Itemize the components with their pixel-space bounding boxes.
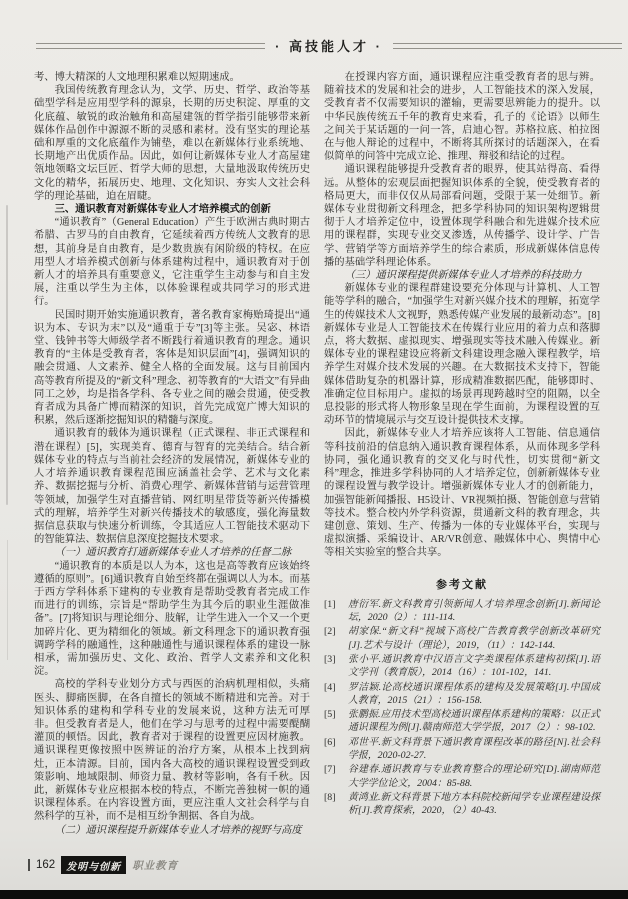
reference-text: 唐衍军.新文科教育引领新闻人才培养理念创新[J].新闻论坛，2020（2）：11… [348, 598, 600, 625]
scan-edge-artifact [7, 540, 8, 660]
page-footer: 162 发明与创新 职业教育 [28, 856, 178, 874]
reference-item: [8] 黄鸿业.新文科背景下地方本科院校新闻学专业课程建设探析[J].教育探索，… [324, 791, 600, 818]
reference-text: 张鹏振.应用技术型高校通识课程体系建构的策略：以正式通识课程为例[J].赣南师范… [348, 708, 600, 735]
body-paragraph: 高校的学科专业划分方式与西医的治病机理相似，头痛医头、脚痛医脚，在各自擅长的领域… [34, 678, 310, 823]
reference-item: [4] 罗洁颖.论高校通识课程体系的建构及发展策略[J].中国成人教育，2015… [324, 681, 600, 708]
journal-edition-label: 职业教育 [132, 858, 178, 873]
reference-item: [2] 胡家保.“新文科”视域下高校广告教育教学创新改革研究[J].艺术与设计（… [324, 625, 600, 652]
subsection-heading: （三）通识课程提供新媒体专业人才培养的科技助力 [324, 269, 600, 282]
header-rule-right [393, 43, 622, 49]
subsection-heading: （一）通识教育打通新媒体专业人才培养的任督二脉 [34, 546, 310, 559]
journal-page: · 高技能人才 · 考、博大精深的人文地理积累难以短期速成。 我国传统教育理念认… [0, 0, 628, 899]
reference-item: [3] 张小平.通识教育中汉语言文字类课程体系建构初探[J].语文学刊（教育版）… [324, 653, 600, 680]
scan-bottom-edge [0, 890, 628, 899]
page-header: · 高技能人才 · [36, 36, 622, 55]
reference-text: 胡家保.“新文科”视域下高校广告教育教学创新改革研究[J].艺术与设计（理论），… [348, 625, 600, 652]
body-paragraph: “通识教育”（General Education）产生于欧洲古典时期古希腊、古罗… [34, 216, 310, 308]
reference-item: [7] 谷建春.通识教育与专业教育整合的理论研究[D].湖南师范大学学位论文，2… [324, 763, 600, 790]
body-paragraph: 民国时期开始实施通识教育，著名教育家梅贻琦提出“通识为本、专识为末”以及“通重于… [34, 309, 310, 428]
references-heading: 参考文献 [324, 579, 600, 592]
subsection-heading: （二）通识课程提升新媒体专业人才培养的视野与高度 [34, 824, 310, 837]
reference-number: [8] [324, 791, 341, 818]
scan-edge-artifact [6, 205, 8, 505]
reference-text: 谷建春.通识教育与专业教育整合的理论研究[D].湖南师范大学学位论文，2004：… [348, 763, 600, 790]
body-paragraph: 新媒体专业的课程群建设要充分体现与计算机、人工智能等学科的融合，“加强学生对新兴… [324, 282, 600, 427]
header-rule-left [36, 43, 265, 49]
page-number-rule [28, 859, 30, 871]
body-paragraph: 考、博大精深的人文地理积累难以短期速成。 [34, 71, 310, 84]
body-paragraph: 在授课内容方面，通识课程应注重受教育者的思与辨。随着技术的发展和社会的进步，人工… [324, 71, 600, 163]
reference-item: [1] 唐衍军.新文科教育引领新闻人才培养理念创新[J].新闻论坛，2020（2… [324, 598, 600, 625]
left-column: 考、博大精深的人文地理积累难以短期速成。 我国传统教育理念认为，文学、历史、哲学… [34, 71, 310, 837]
page-number: 162 [36, 859, 55, 871]
reference-item: [6] 邓世平.新文科背景下通识教育课程改革的路径[N].社会科学报，2020-… [324, 736, 600, 763]
reference-number: [3] [324, 653, 341, 680]
section-title: · 高技能人才 · [275, 36, 383, 55]
body-paragraph: 通识教育的载体为通识课程（正式课程、非正式课程和潜在课程）[5]，实现美育、德育… [34, 427, 310, 546]
right-column: 在授课内容方面，通识课程应注重受教育者的思与辨。随着技术的发展和社会的进步，人工… [324, 71, 600, 837]
reference-text: 黄鸿业.新文科背景下地方本科院校新闻学专业课程建设探析[J].教育探索，2020… [348, 791, 600, 818]
body-paragraph: 通识课程能够提升受教育者的眼界，使其站得高、看得远。从整体的宏观层面把握知识体系… [324, 163, 600, 269]
body-paragraph: 因此，新媒体专业人才培养应该将人工智能、信息通信等科技前沿的信息纳入通识教育课程… [324, 427, 600, 559]
reference-number: [2] [324, 625, 341, 652]
journal-logo: 发明与创新 [61, 856, 126, 874]
body-paragraph: “通识教育的本质是以人为本，这也是高等教育应该始终遵循的原则”。[6]通识教育自… [34, 560, 310, 679]
body-paragraph: 我国传统教育理念认为，文学、历史、哲学、政治等基础型学科是应用型学科的源泉，长期… [34, 84, 310, 203]
reference-text: 张小平.通识教育中汉语言文字类课程体系建构初探[J].语文学刊（教育版），201… [348, 653, 600, 680]
reference-text: 邓世平.新文科背景下通识教育课程改革的路径[N].社会科学报，2020-02-2… [348, 736, 600, 763]
reference-text: 罗洁颖.论高校通识课程体系的建构及发展策略[J].中国成人教育，2015（21）… [348, 681, 600, 708]
reference-item: [5] 张鹏振.应用技术型高校通识课程体系建构的策略：以正式通识课程为例[J].… [324, 708, 600, 735]
reference-number: [4] [324, 681, 341, 708]
reference-number: [1] [324, 598, 341, 625]
reference-number: [5] [324, 708, 341, 735]
reference-number: [6] [324, 736, 341, 763]
article-body: 考、博大精深的人文地理积累难以短期速成。 我国传统教育理念认为，文学、历史、哲学… [34, 71, 600, 837]
reference-number: [7] [324, 763, 341, 790]
section-heading: 三、通识教育对新媒体专业人才培养模式的创新 [34, 203, 310, 216]
